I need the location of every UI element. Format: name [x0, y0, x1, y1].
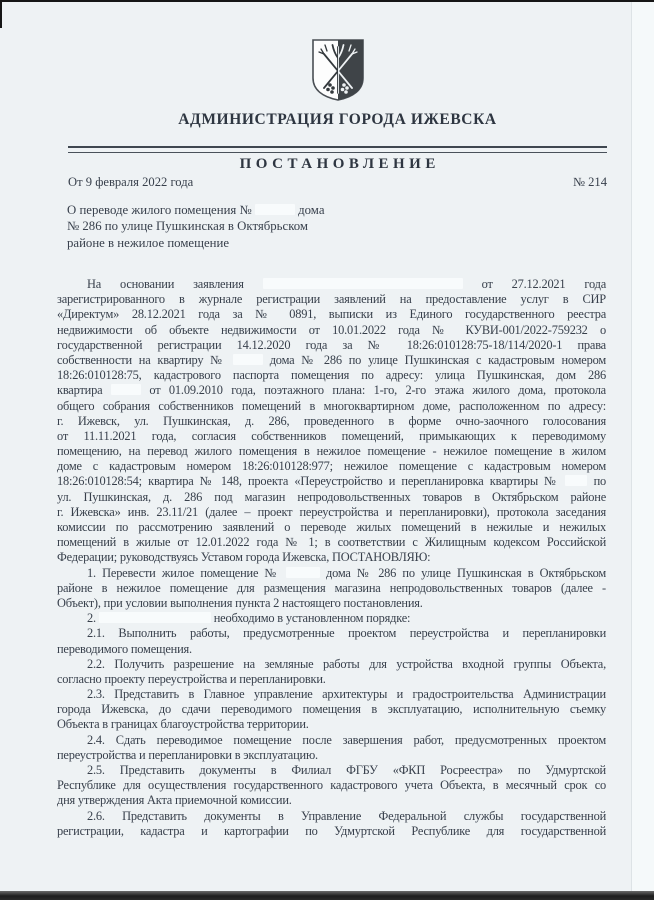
text-line: города Ижевска, до сдачи переводимого по…: [57, 702, 606, 717]
header-divider-rule: [68, 146, 607, 153]
text-line: согласно проекту переустройства и перепл…: [57, 672, 606, 687]
text-line: доме с кадастровым номером 18:26:010128:…: [57, 459, 606, 474]
text-line: государственной регистрации 14.12.2020 г…: [57, 338, 606, 353]
document-date: От 9 февраля 2022 года: [68, 175, 193, 190]
scanned-document-page: { "colors": { "page_bg": "#eef2f4", "ink…: [0, 0, 654, 900]
text-line: 2.5. Представить документы в Филиал ФГБУ…: [57, 763, 606, 778]
text-line: зарегистрированного в журнале регистраци…: [57, 292, 606, 307]
text-line: О переводе жилого помещения № дома: [67, 202, 417, 218]
text-line: 18:26:010128:54; квартира № 148, проекта…: [57, 474, 606, 489]
document-subject: О переводе жилого помещения № дома№ 286 …: [67, 202, 417, 251]
text-line: помещению, на перевод жилого помещения в…: [57, 444, 606, 459]
document-number: № 214: [573, 175, 607, 190]
text-line: переводимого помещения.: [57, 642, 606, 657]
redaction-box: [263, 278, 463, 289]
document-type-title: ПОСТАНОВЛЕНИЕ: [68, 156, 607, 173]
text-line: 2.1. Выполнить работы, предусмотренные п…: [57, 626, 606, 641]
document-body: На основании заявления от 27.12.2021 год…: [57, 277, 606, 839]
coat-of-arms-icon: [311, 38, 365, 102]
text-line: помещений в жилые от 12.01.2022 года № 1…: [57, 535, 606, 550]
redaction-box: [233, 354, 263, 365]
redaction-box: [286, 567, 320, 578]
text-line: 18:26:010128:75, кадастрового паспорта п…: [57, 368, 606, 383]
text-line: районе в нежилое помещение: [67, 235, 417, 251]
text-line: г. Ижевска» инв. 23.11/21 (далее – проек…: [57, 505, 606, 520]
text-line: 2.6. Представить документы в Управление …: [57, 809, 606, 824]
text-line: На основании заявления от 27.12.2021 год…: [57, 277, 606, 292]
scan-edge-bottom: [0, 891, 654, 900]
text-line: общего собрания собственников помещений …: [57, 399, 606, 414]
redaction-box: [99, 612, 211, 623]
scan-edge-top: [0, 0, 654, 2]
text-line: комиссии по рассмотрению заявлений о пер…: [57, 520, 606, 535]
text-line: Республике для осуществления государстве…: [57, 778, 606, 793]
text-line: 1. Перевести жилое помещение № дома № 28…: [57, 566, 606, 581]
text-line: собственности на квартиру № дома № 286 п…: [57, 353, 606, 368]
text-line: переустройства и перепланировки в эксплу…: [57, 748, 606, 763]
redaction-box: [111, 384, 141, 395]
organization-name: АДМИНИСТРАЦИЯ ГОРОДА ИЖЕВСКА: [68, 111, 607, 129]
text-line: Объект), при условии выполнения пункта 2…: [57, 596, 606, 611]
text-line: от 11.11.2021 года, согласия собственник…: [57, 429, 606, 444]
redaction-box: [255, 204, 295, 215]
text-line: «Директум» 28.12.2021 года за № 0891, вы…: [57, 307, 606, 322]
text-line: г. Ижевск, ул. Пушкинская, д. 286, прове…: [57, 414, 606, 429]
scan-edge-left: [0, 0, 2, 28]
scan-page-right-edge: [631, 2, 654, 892]
redaction-box: [565, 475, 587, 486]
text-line: Федерации; руководствуясь Уставом города…: [57, 550, 606, 565]
text-line: недвижимости об объекте недвижимости от …: [57, 323, 606, 338]
text-line: ул. Пушкинская, д. 286 под магазин непро…: [57, 490, 606, 505]
document-meta-row: От 9 февраля 2022 года № 214: [68, 175, 607, 190]
text-line: 2. необходимо в установленном порядке:: [57, 611, 606, 626]
text-line: дня утверждения Акта приемочной комиссии…: [57, 793, 606, 808]
text-line: 2.3. Представить в Главное управление ар…: [57, 687, 606, 702]
text-line: № 286 по улице Пушкинская в Октябрьском: [67, 218, 417, 234]
text-line: Объекта в границах благоустройства терри…: [57, 717, 606, 732]
text-line: 2.2. Получить разрешение на земляные раб…: [57, 657, 606, 672]
text-line: квартира от 01.09.2010 года, поэтажного …: [57, 383, 606, 398]
text-line: 2.4. Сдать переводимое помещение после з…: [57, 733, 606, 748]
text-line: районе в нежилое помещение для размещени…: [57, 581, 606, 596]
text-line: регистрации, кадастра и картографии по У…: [57, 824, 606, 839]
